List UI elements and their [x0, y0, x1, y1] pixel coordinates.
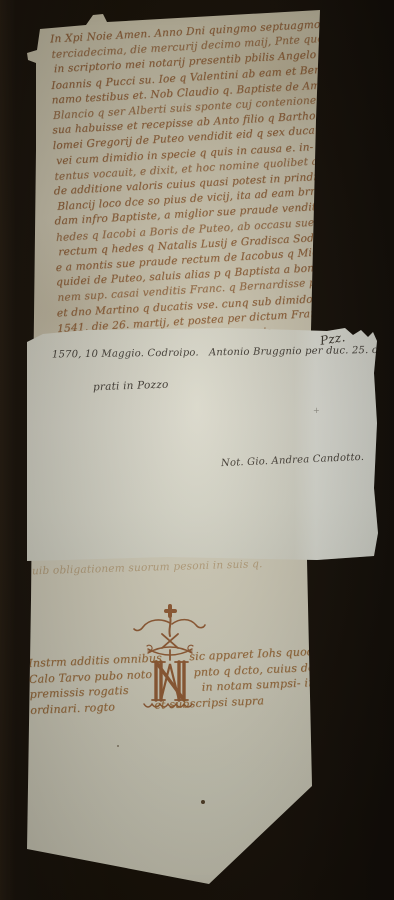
ink-speck	[201, 800, 205, 804]
photo-backdrop: In Xpi Noie Amen. Anno Dni quingmo septu…	[0, 0, 394, 900]
note-regest-line: 1570, 10 Maggio. Codroipo. Antonio Brugg…	[52, 344, 394, 360]
subscription-line-left: ordinari. rogto	[30, 699, 115, 718]
archivist-note-slip: Pzz. 1570, 10 Maggio. Codroipo. Antonio …	[27, 328, 379, 561]
ink-speck	[117, 745, 119, 747]
manuscript-text-block: In Xpi Noie Amen. Anno Dni quingmo septu…	[50, 17, 323, 352]
subscription-line-right: et subscripsi supra	[154, 693, 264, 713]
note-plus-mark: +	[313, 406, 320, 415]
notarial-subscription-block: Instrm additis omnibussic apparet Iohs q…	[28, 644, 316, 718]
note-notary-signature: Not. Gio. Andrea Candotto.	[221, 452, 365, 469]
note-regest-line2: prati in Pozzo	[93, 379, 169, 394]
